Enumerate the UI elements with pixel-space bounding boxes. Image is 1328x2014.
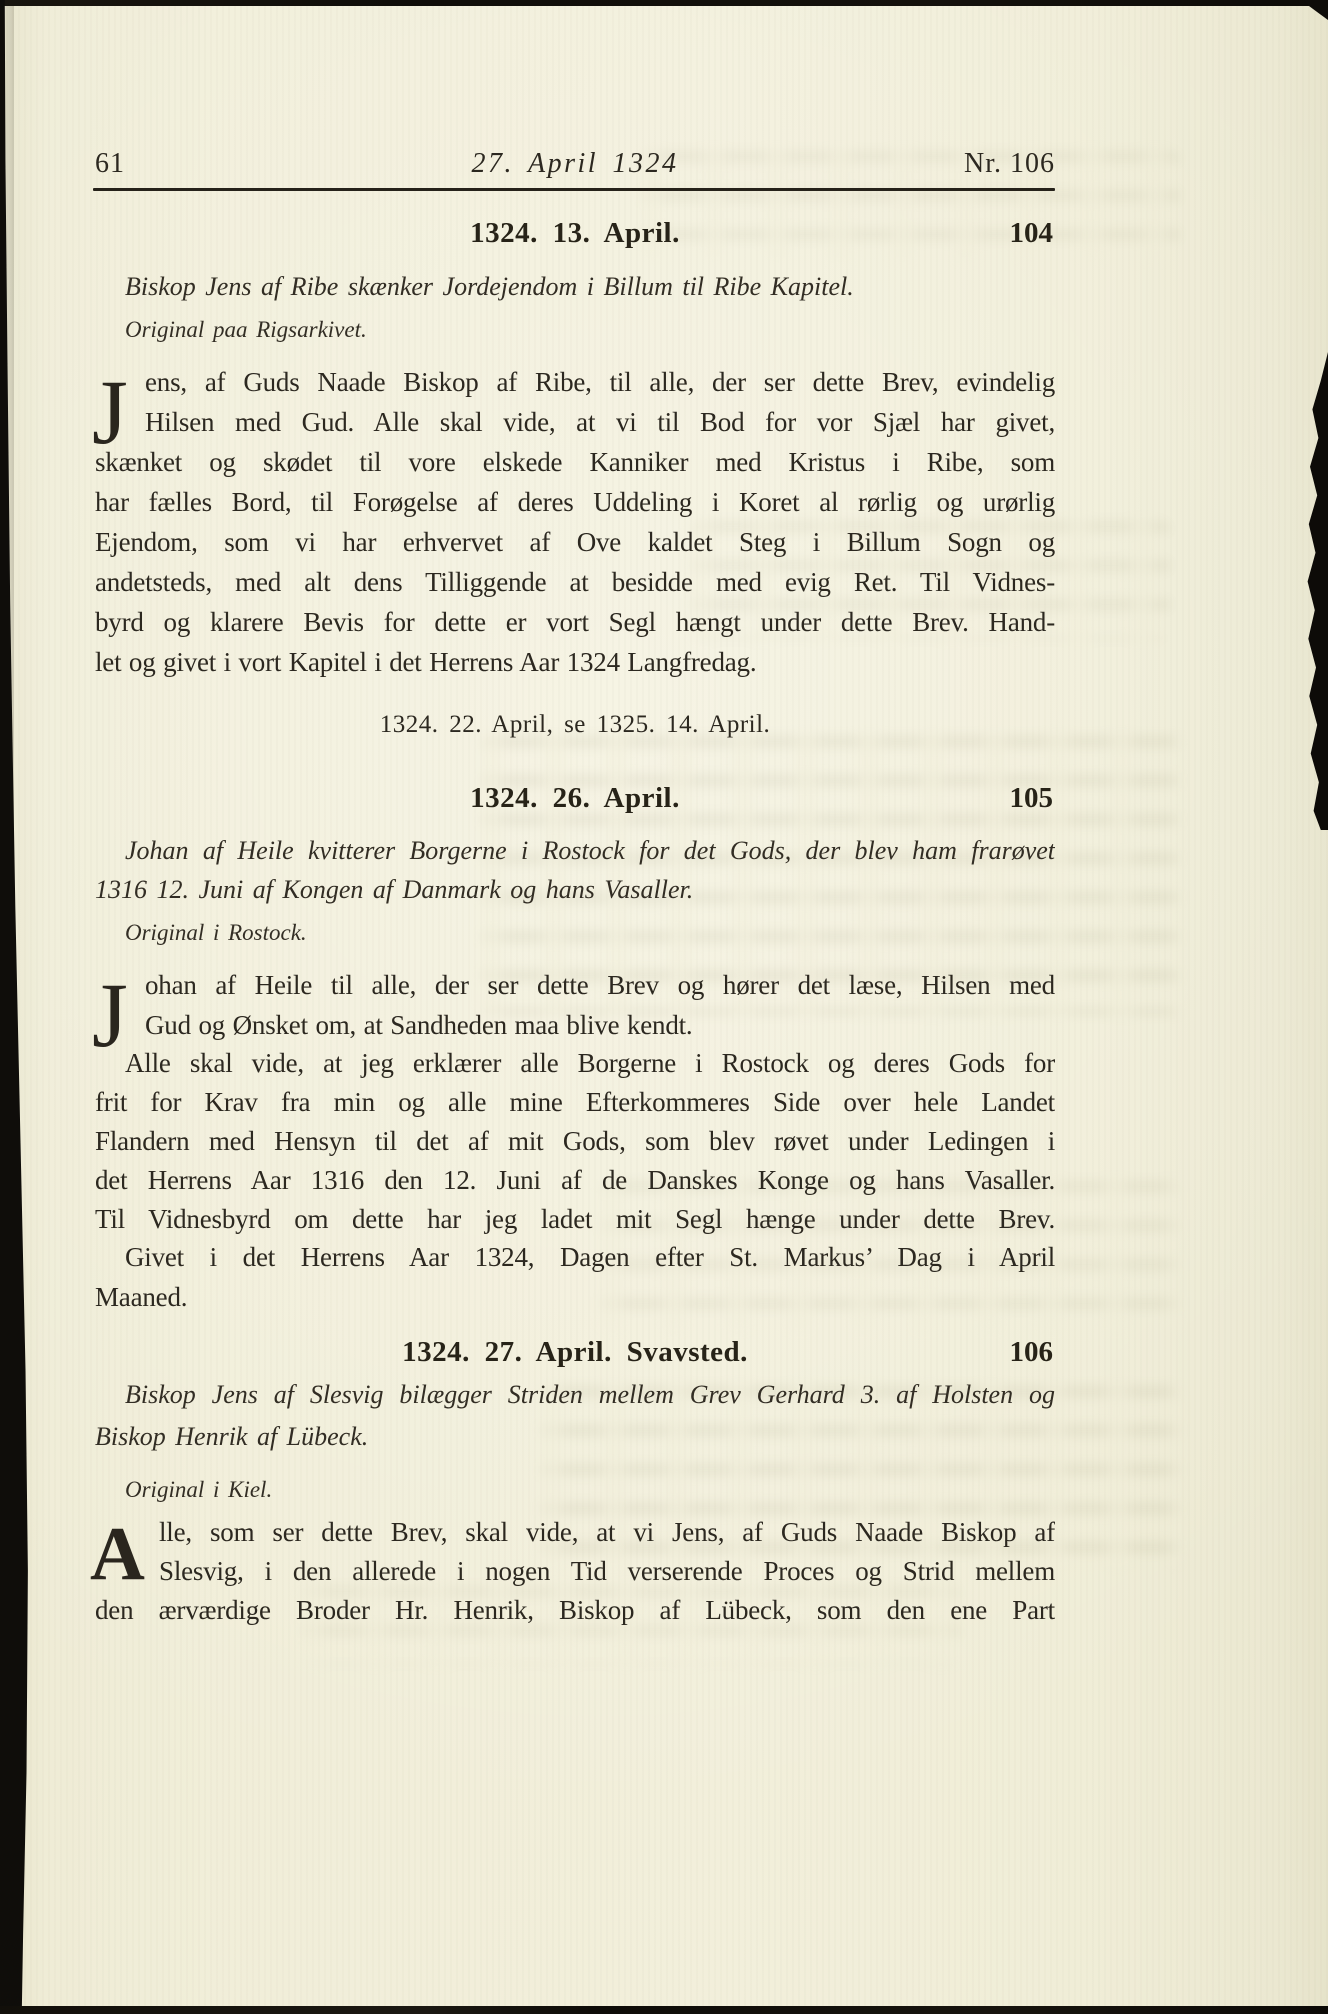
running-title: 27. April 1324 [95,146,1055,182]
body-line: ohan af Heile til alle, der ser dette Br… [95,965,1055,1005]
body-line: andetsteds, med alt dens Tilliggende at … [95,562,1055,602]
scan-edge-bottom [0,2006,1328,2014]
entry-106-summary: Biskop Jens af Slesvig bilægger Striden … [95,1374,1055,1458]
entry-104-body: ens, af Guds Naade Biskop af Ribe, til a… [95,362,1055,682]
entry-number: 106 [1010,1334,1054,1370]
scan-edge-top [0,0,1328,6]
entry-106-body: lle, som ser dette Brev, skal vide, at v… [95,1513,1055,1630]
entry-105-body-main: Alle skal vide, at jeg erklærer alle Bor… [95,1044,1055,1239]
entry-105-body-dating: Givet i det Herrens Aar 1324, Dagen efte… [95,1237,1055,1317]
body-line: Til Vidnesbyrd om dette har jeg ladet mi… [95,1200,1055,1239]
scan-edge-left [0,0,34,2014]
body-line: Slesvig, i den allerede i nogen Tid vers… [95,1552,1055,1591]
entry-104-summary: Biskop Jens af Ribe skænker Jordejendom … [95,269,1055,305]
body-line: Maaned. [95,1277,1055,1317]
summary-line: Biskop Jens af Ribe skænker Jordejendom … [95,269,1055,305]
entry-date-heading: 1324. 13. April. [95,215,1055,251]
summary-line: Johan af Heile kvitterer Borgerne i Rost… [95,831,1055,870]
body-line: let og givet i vort Kapitel i det Herren… [95,642,1055,682]
entry-106-heading-row: 1324. 27. April. Svavsted. 106 [95,1334,1055,1370]
issue-ref: Nr. 106 [964,146,1055,182]
entry-105-body-greeting: ohan af Heile til alle, der ser dette Br… [95,965,1055,1045]
body-line: byrd og klarere Bevis for dette er vort … [95,602,1055,642]
cross-reference-note: 1324. 22. April, se 1325. 14. April. [95,707,1055,743]
drop-cap-J: J [92,969,128,1061]
entry-104-heading-row: 1324. 13. April. 104 [95,215,1055,251]
body-line: Gud og Ønsket om, at Sandheden maa blive… [95,1005,1055,1045]
entry-date-heading: 1324. 26. April. [95,780,1055,816]
body-line: skænket og skødet til vore elskede Kanni… [95,442,1055,482]
entry-105-summary: Johan af Heile kvitterer Borgerne i Rost… [95,831,1055,909]
page-header: 61 27. April 1324 Nr. 106 [95,146,1055,182]
body-line: lle, som ser dette Brev, skal vide, at v… [95,1513,1055,1552]
body-line: frit for Krav fra min og alle mine Efter… [95,1083,1055,1122]
body-line: det Herrens Aar 1316 den 12. Juni af de … [95,1161,1055,1200]
entry-104-source: Original paa Rigsarkivet. [95,314,1085,346]
text-column: 61 27. April 1324 Nr. 106 1324. 13. Apri… [95,0,1055,2014]
header-rule [93,188,1055,191]
entry-105-heading-row: 1324. 26. April. 105 [95,780,1055,816]
entry-105-source: Original i Rostock. [95,917,1085,949]
summary-line: Biskop Henrik af Lübeck. [95,1416,1055,1458]
entry-number: 104 [1010,215,1054,251]
scan-edge-right-tear [1304,352,1328,830]
body-line: Ejendom, som vi har erhvervet af Ove kal… [95,522,1055,562]
body-line: ens, af Guds Naade Biskop af Ribe, til a… [95,362,1055,402]
body-line: Hilsen med Gud. Alle skal vide, at vi ti… [95,402,1055,442]
drop-cap-J: J [92,366,128,458]
summary-line: 1316 12. Juni af Kongen af Danmark og ha… [95,870,1055,909]
entry-date-heading: 1324. 27. April. Svavsted. [95,1334,1055,1370]
entry-106-source: Original i Kiel. [95,1474,1085,1506]
body-line: Flandern med Hensyn til det af mit Gods,… [95,1122,1055,1161]
body-line: Alle skal vide, at jeg erklærer alle Bor… [95,1044,1055,1083]
drop-cap-A: A [90,1516,143,1592]
body-line: har fælles Bord, til Forøgelse af deres … [95,482,1055,522]
body-line: Givet i det Herrens Aar 1324, Dagen efte… [95,1237,1055,1277]
entry-number: 105 [1010,780,1054,816]
scanned-book-page: 61 27. April 1324 Nr. 106 1324. 13. Apri… [0,0,1328,2014]
summary-line: Biskop Jens af Slesvig bilægger Striden … [95,1374,1055,1416]
body-line: den ærværdige Broder Hr. Henrik, Biskop … [95,1591,1055,1630]
